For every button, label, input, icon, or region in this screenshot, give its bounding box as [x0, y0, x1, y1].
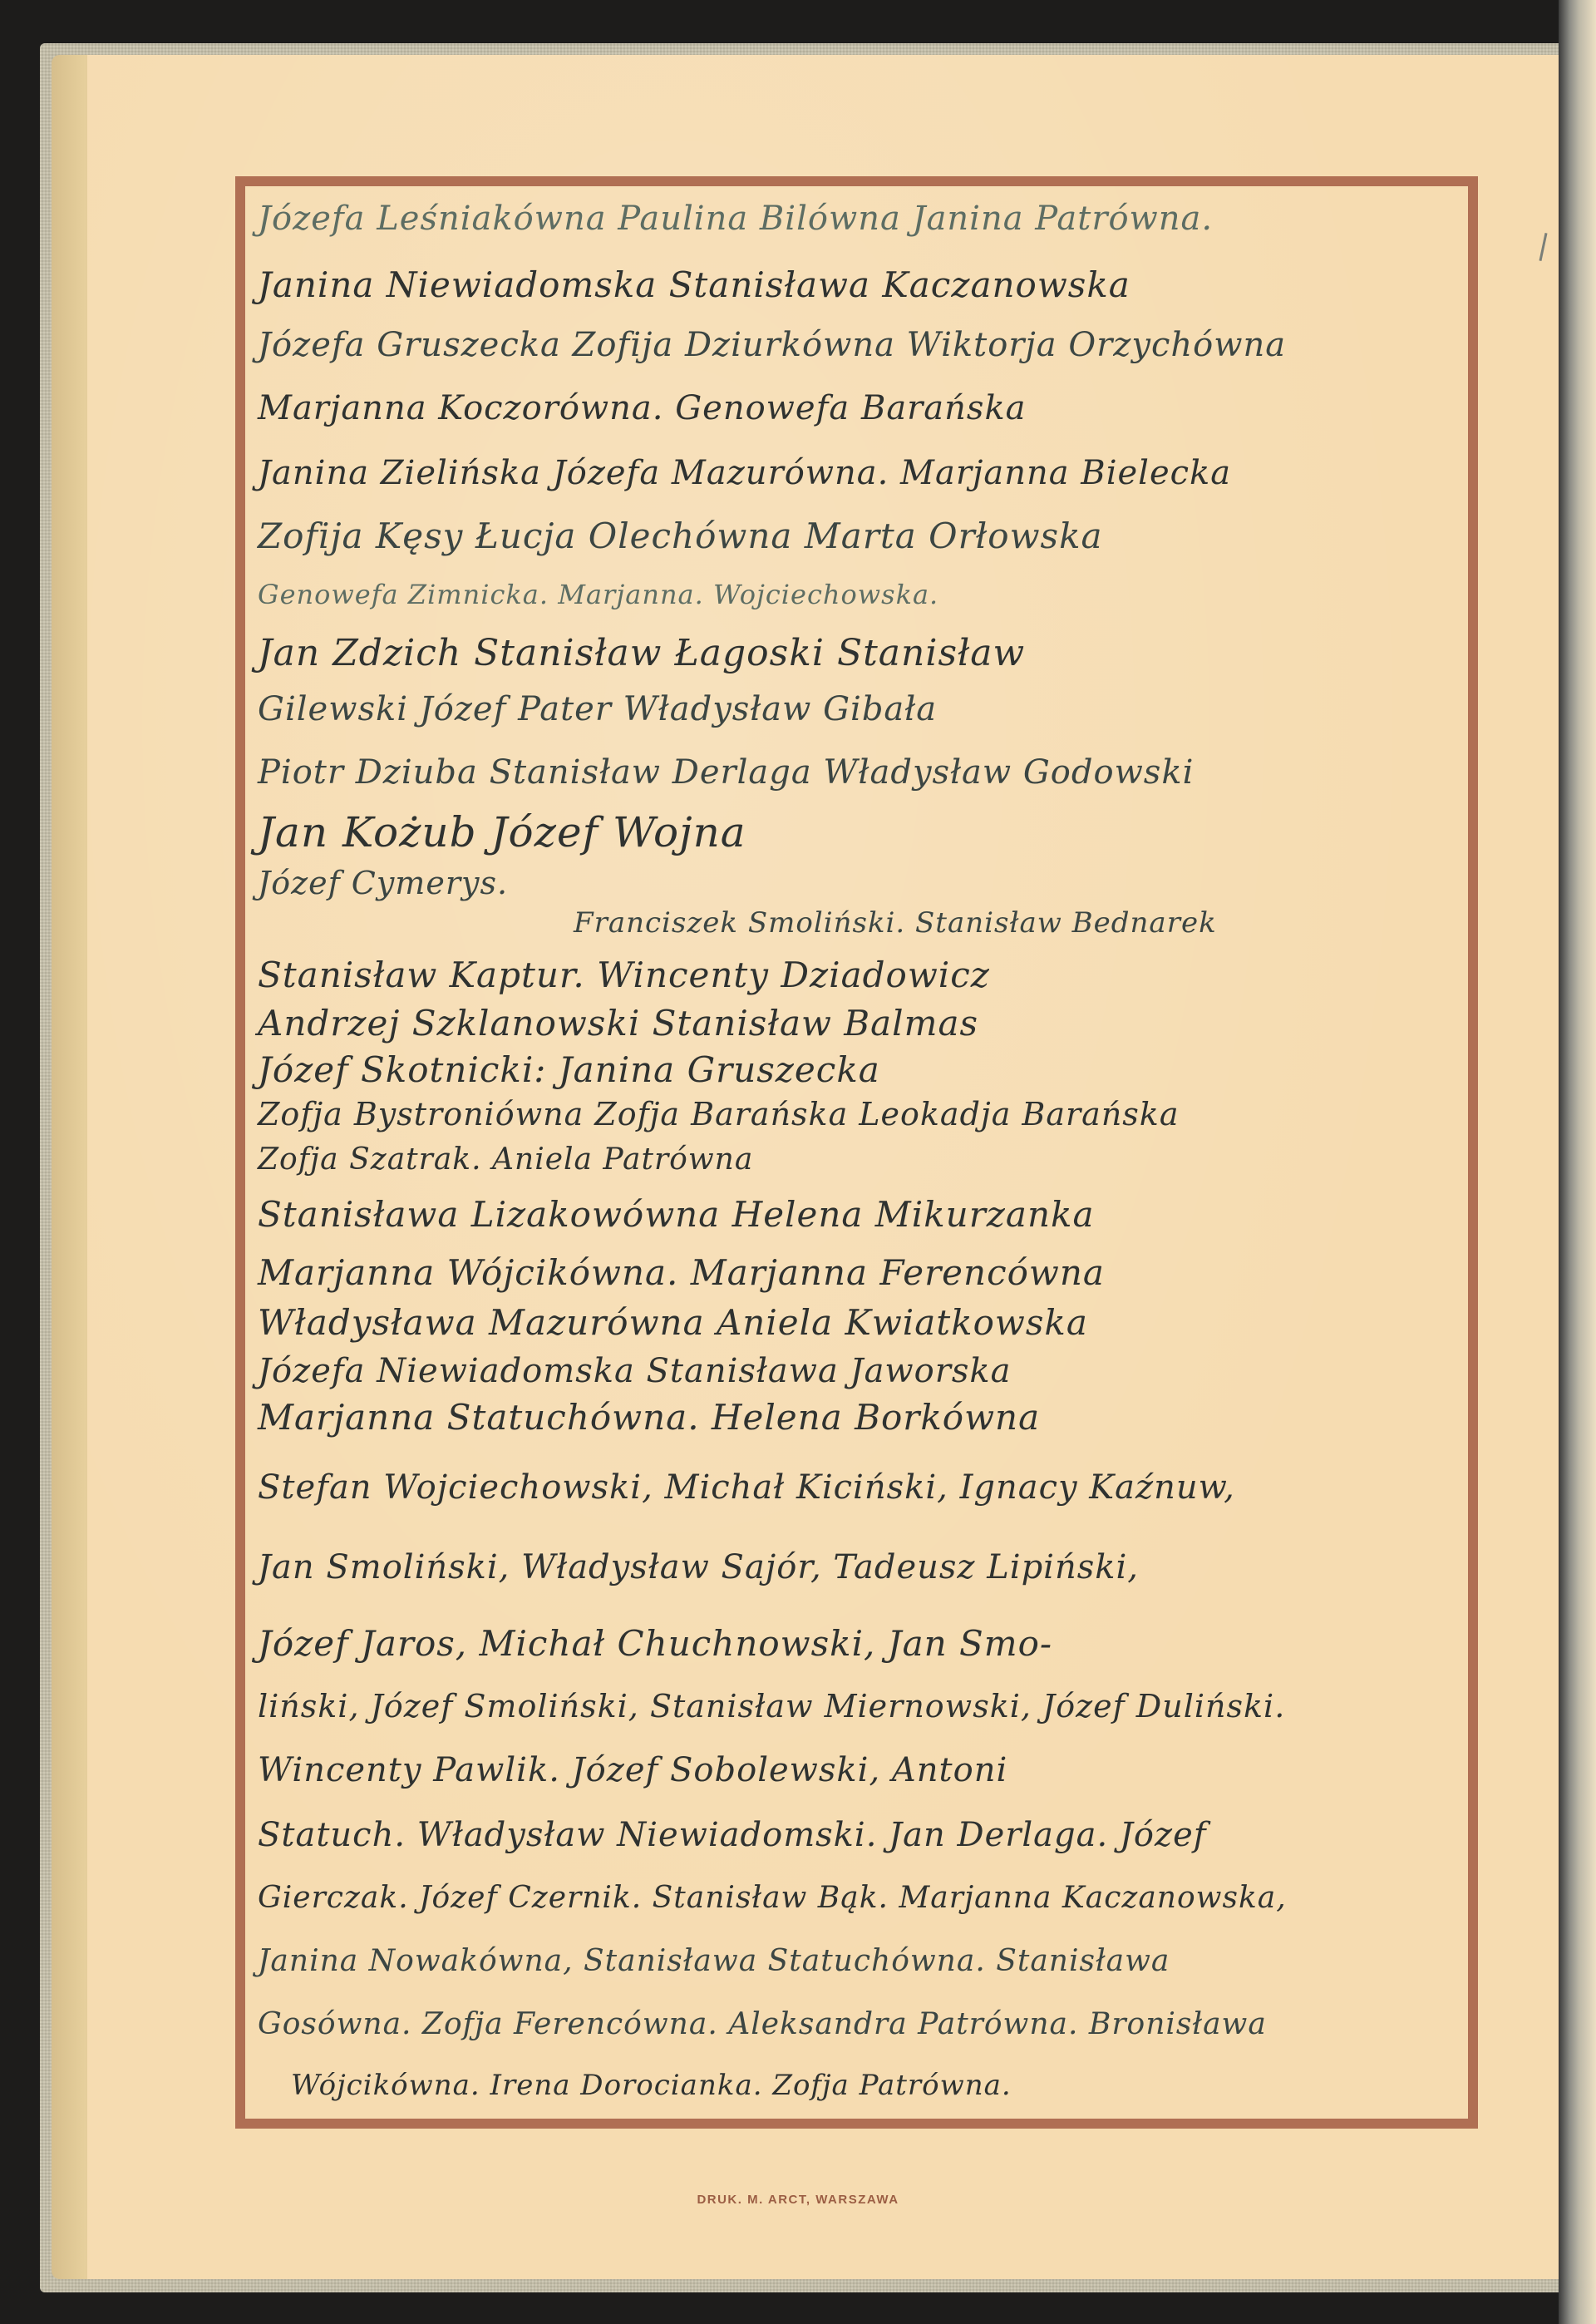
signature-line: Andrzej Szklanowski Stanisław Balmas — [258, 1003, 1463, 1044]
signature-line: Józef Jaros, Michał Chuchnowski, Jan Smo… — [258, 1623, 1463, 1664]
signature-line: Jan Smoliński, Władysław Sajór, Tadeusz … — [258, 1548, 1463, 1586]
signature-line: liński, Józef Smoliński, Stanisław Miern… — [258, 1688, 1463, 1724]
signature-line: Gierczak. Józef Czernik. Stanisław Bąk. … — [258, 1881, 1463, 1915]
signature-line: Jan Kożub Józef Wojna — [258, 808, 1463, 856]
signature-line: Janina Nowakówna, Stanisława Statuchówna… — [258, 1944, 1463, 1978]
signature-line: Genowefa Zimnicka. Marjanna. Wojciechows… — [258, 579, 1463, 610]
signature-line: Józefa Gruszecka Zofija Dziurkówna Wikto… — [258, 326, 1463, 364]
signature-line: Janina Niewiadomska Stanisława Kaczanows… — [258, 264, 1463, 305]
signature-line: Marjanna Statuchówna. Helena Borkówna — [258, 1397, 1463, 1438]
signature-line: Stanisław Kaptur. Wincenty Dziadowicz — [258, 955, 1463, 995]
signature-line: Piotr Dziuba Stanisław Derlaga Władysław… — [258, 753, 1463, 792]
signature-line: Zofja Bystroniówna Zofja Barańska Leokad… — [258, 1096, 1463, 1132]
signature-line: Stanisława Lizakowówna Helena Mikurzanka — [258, 1194, 1463, 1235]
signature-line: Gilewski Józef Pater Władysław Gibała — [258, 690, 1463, 728]
printer-imprint: DRUK. M. ARCT, WARSZAWA — [0, 2193, 1596, 2207]
signature-line: Janina Zielińska Józefa Mazurówna. Marja… — [258, 454, 1463, 492]
book-gutter — [1559, 0, 1596, 2324]
signature-line: Jan Zdzich Stanisław Łagoski Stanisław — [258, 632, 1463, 674]
signature-line: Władysława Mazurówna Aniela Kwiatkowska — [258, 1302, 1463, 1343]
signature-line: Wincenty Pawlik. Józef Sobolewski, Anton… — [258, 1751, 1463, 1789]
signature-line: Wójcikówna. Irena Dorocianka. Zofja Patr… — [258, 2069, 1496, 2102]
signature-line: Franciszek Smoliński. Stanisław Bednarek — [258, 906, 1596, 940]
signature-line: Gosówna. Zofja Ferencówna. Aleksandra Pa… — [258, 2007, 1463, 2041]
signature-line: Józef Skotnicki: Janina Gruszecka — [258, 1049, 1463, 1090]
signature-line: Zofija Kęsy Łucja Olechówna Marta Orłows… — [258, 516, 1463, 556]
signature-line: Marjanna Koczorówna. Genowefa Barańska — [258, 389, 1463, 427]
signature-line: Statuch. Władysław Niewiadomski. Jan Der… — [258, 1816, 1463, 1854]
signature-line: Zofja Szatrak. Aniela Patrówna — [258, 1142, 1463, 1177]
signature-line: Marjanna Wójcikówna. Marjanna Ferencówna — [258, 1252, 1463, 1293]
signature-line: Stefan Wojciechowski, Michał Kiciński, I… — [258, 1468, 1463, 1507]
signature-line: Józefa Niewiadomska Stanisława Jaworska — [258, 1352, 1463, 1390]
signature-line: Józefa Leśniakówna Paulina Bilówna Janin… — [258, 200, 1463, 238]
signature-line: Józef Cymerys. — [258, 865, 1463, 901]
